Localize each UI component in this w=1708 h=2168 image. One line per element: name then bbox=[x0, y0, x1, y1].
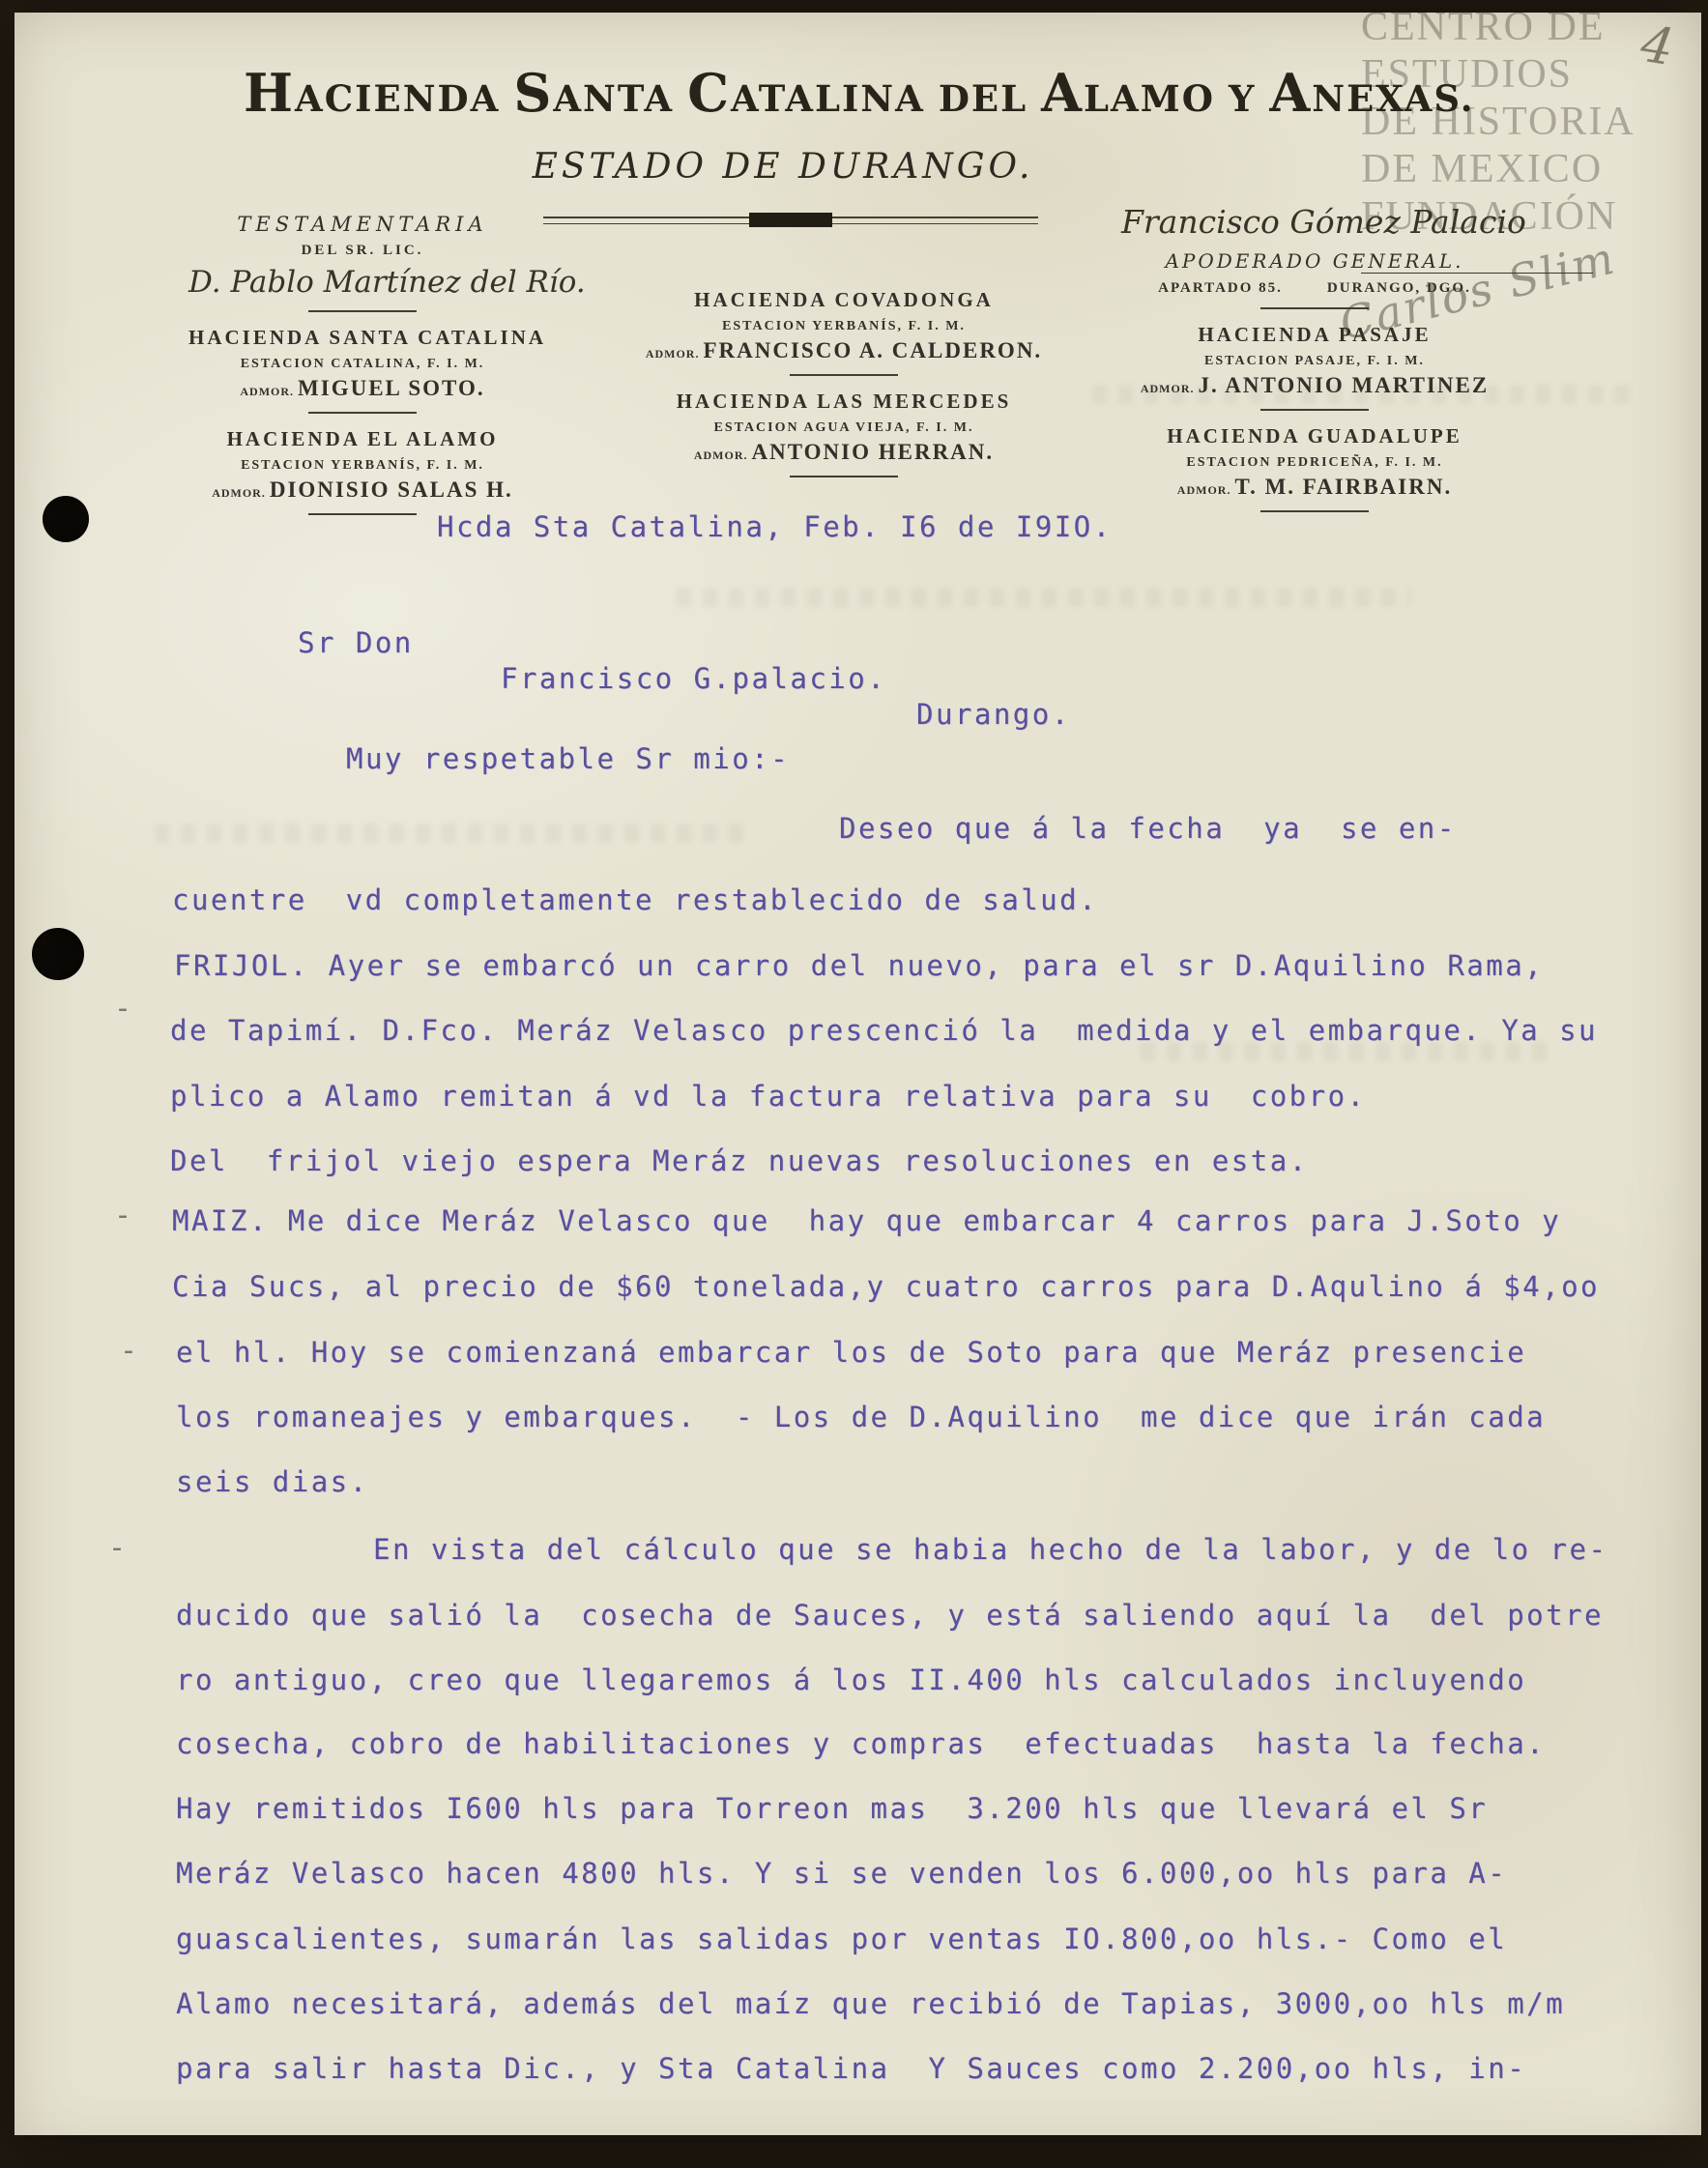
margin-mark: - bbox=[114, 1199, 131, 1232]
typed-line: cuentre vd completamente restablecido de… bbox=[172, 883, 1098, 916]
typed-line: Alamo necesitará, además del maíz que re… bbox=[176, 1987, 1565, 2020]
admor-name: DIONISIO SALAS H. bbox=[270, 477, 513, 502]
admor-label: ADMOR. bbox=[240, 385, 294, 398]
hacienda-admor: ADMOR. DIONISIO SALAS H. bbox=[188, 477, 536, 503]
title-word: Y bbox=[1229, 77, 1256, 120]
salutation: Muy respetable Sr mio:- bbox=[346, 742, 790, 775]
admor-name: ANTONIO HERRAN. bbox=[752, 440, 995, 464]
typed-line: Hay remitidos I600 hls para Torreon mas … bbox=[176, 1792, 1488, 1825]
margin-mark: - bbox=[120, 1334, 137, 1368]
ink-bleed-smudge bbox=[155, 824, 754, 843]
typed-line: para salir hasta Dic., y Sta Catalina Y … bbox=[176, 2052, 1526, 2085]
admor-name: T. M. FAIRBAIRN. bbox=[1234, 475, 1452, 499]
hacienda-station: ESTACION AGUA VIEJA, F. I. M. bbox=[626, 420, 1061, 436]
typed-line: plico a Alamo remitan á vd la factura re… bbox=[170, 1080, 1367, 1113]
hacienda-admor: ADMOR. MIGUEL SOTO. bbox=[188, 376, 536, 401]
hacienda-block-las-mercedes: HACIENDA LAS MERCEDES ESTACION AGUA VIEJ… bbox=[626, 390, 1061, 477]
typed-line: FRIJOL. Ayer se embarcó un carro del nue… bbox=[174, 949, 1544, 982]
divider-rule bbox=[308, 310, 417, 312]
admor-name: MIGUEL SOTO. bbox=[298, 376, 485, 400]
punch-hole bbox=[43, 496, 89, 542]
hacienda-admor: ADMOR. J. ANTONIO MARTINEZ bbox=[1121, 373, 1508, 398]
typed-line: guascalientes, sumarán las salidas por v… bbox=[176, 1922, 1507, 1955]
recipient-name: Francisco G.palacio. bbox=[501, 662, 886, 695]
title-word: HACIENDA bbox=[244, 62, 500, 124]
hacienda-block-santa-catalina: HACIENDA SANTA CATALINA ESTACION CATALIN… bbox=[188, 326, 536, 414]
typed-line: Deseo que á la fecha ya se en- bbox=[839, 812, 1457, 845]
hacienda-block-covadonga: HACIENDA COVADONGA ESTACION YERBANÍS, F.… bbox=[626, 288, 1061, 376]
letterhead-title: HACIENDASANTACATALINADELALAMOYANEXAS. bbox=[237, 62, 1261, 124]
scan-edge-left bbox=[0, 0, 14, 2168]
typed-line: el hl. Hoy se comienzaná embarcar los de… bbox=[176, 1336, 1526, 1369]
divider-rule bbox=[790, 374, 898, 376]
typed-line: de Tapimí. D.Fco. Meráz Velasco prescenc… bbox=[170, 1014, 1598, 1047]
hacienda-name: HACIENDA SANTA CATALINA bbox=[188, 326, 536, 350]
margin-mark: - bbox=[108, 1531, 126, 1565]
hacienda-block-pasaje: HACIENDA PASAJE ESTACION PASAJE, F. I. M… bbox=[1121, 323, 1508, 411]
ink-bleed-smudge bbox=[677, 588, 1411, 607]
admor-name: FRANCISCO A. CALDERON. bbox=[703, 338, 1042, 362]
hacienda-block-el-alamo: HACIENDA EL ALAMO ESTACION YERBANÍS, F. … bbox=[188, 427, 536, 515]
divider-bar bbox=[749, 213, 832, 227]
testamentaria-heading: TESTAMENTARIA bbox=[188, 213, 536, 236]
dateline: Hcda Sta Catalina, Feb. I6 de I9IO. bbox=[437, 510, 1113, 543]
typed-line: MAIZ. Me dice Meráz Velasco que hay que … bbox=[172, 1204, 1561, 1237]
admor-name: J. ANTONIO MARTINEZ bbox=[1199, 373, 1490, 397]
scan-edge-right bbox=[1701, 0, 1708, 2168]
testamentaria-subheading: DEL SR. LIC. bbox=[188, 243, 536, 259]
margin-mark: - bbox=[114, 992, 131, 1026]
hacienda-station: ESTACION YERBANÍS, F. I. M. bbox=[188, 458, 536, 474]
typed-line: cosecha, cobro de habilitaciones y compr… bbox=[176, 1727, 1546, 1760]
typed-line: los romaneajes y embarques. - Los de D.A… bbox=[176, 1401, 1546, 1433]
hacienda-name: HACIENDA COVADONGA bbox=[626, 288, 1061, 312]
hacienda-name: HACIENDA LAS MERCEDES bbox=[626, 390, 1061, 414]
agent-role-text: APODERADO GENERAL. bbox=[1165, 249, 1463, 273]
letterhead-middle-column: HACIENDA COVADONGA ESTACION YERBANÍS, F.… bbox=[626, 288, 1061, 477]
title-word: ALAMO bbox=[1041, 62, 1215, 124]
hacienda-station: ESTACION PEDRICEÑA, F. I. M. bbox=[1121, 455, 1508, 471]
typed-line: seis dias. bbox=[176, 1465, 369, 1498]
scanned-letter-page: CENTRO DE ESTUDIOS DE HISTORIA DE MEXICO… bbox=[0, 0, 1708, 2168]
hacienda-admor: ADMOR. FRANCISCO A. CALDERON. bbox=[626, 338, 1061, 363]
hacienda-name: HACIENDA GUADALUPE bbox=[1121, 424, 1508, 448]
divider-rule bbox=[308, 412, 417, 414]
agent-role: APODERADO GENERAL. bbox=[1121, 249, 1508, 273]
title-word: CATALINA bbox=[687, 62, 925, 124]
hacienda-name: HACIENDA EL ALAMO bbox=[188, 427, 536, 451]
agent-name: Francisco Gómez Palacio bbox=[1121, 203, 1508, 241]
typed-line: Del frijol viejo espera Meráz nuevas res… bbox=[170, 1144, 1309, 1177]
admor-label: ADMOR. bbox=[1177, 483, 1231, 497]
title-word: ANEXAS. bbox=[1269, 62, 1474, 124]
ornamental-divider bbox=[543, 217, 1038, 224]
admor-label: ADMOR. bbox=[1141, 382, 1195, 395]
agent-apartado: APARTADO 85. bbox=[1158, 280, 1283, 297]
hacienda-admor: ADMOR. ANTONIO HERRAN. bbox=[626, 440, 1061, 465]
divider-rule bbox=[1260, 510, 1369, 512]
agent-city: DURANGO, DGO. bbox=[1327, 280, 1471, 297]
typed-line: ro antiguo, creo que llegaremos á los II… bbox=[176, 1663, 1526, 1696]
typed-line: En vista del cálculo que se habia hecho … bbox=[373, 1533, 1607, 1566]
title-word: DEL bbox=[939, 77, 1028, 120]
admor-label: ADMOR. bbox=[694, 448, 748, 462]
divider-rule bbox=[1260, 307, 1369, 309]
letterhead-left-column: TESTAMENTARIA DEL SR. LIC. D. Pablo Mart… bbox=[188, 213, 536, 515]
testamentaria-name: D. Pablo Martínez del Río. bbox=[188, 265, 536, 300]
typed-line: Cia Sucs, al precio de $60 tonelada,y cu… bbox=[172, 1270, 1600, 1303]
scan-edge-top bbox=[0, 0, 1708, 13]
hacienda-name: HACIENDA PASAJE bbox=[1121, 323, 1508, 347]
hacienda-station: ESTACION PASAJE, F. I. M. bbox=[1121, 354, 1508, 369]
recipient-city: Durango. bbox=[916, 698, 1071, 731]
divider-rule bbox=[308, 513, 417, 515]
letterhead-subtitle: ESTADO DE DURANGO. bbox=[454, 147, 1112, 187]
recipient-title: Sr Don bbox=[298, 626, 414, 659]
underline-rule bbox=[1361, 273, 1593, 274]
typed-line: ducido que salió la cosecha de Sauces, y… bbox=[176, 1599, 1604, 1632]
divider-rule bbox=[790, 476, 898, 477]
punch-hole bbox=[32, 928, 84, 980]
typed-line: Meráz Velasco hacen 4800 hls. Y si se ve… bbox=[176, 1857, 1507, 1890]
agent-address: APARTADO 85. DURANGO, DGO. bbox=[1121, 280, 1508, 297]
hacienda-station: ESTACION CATALINA, F. I. M. bbox=[188, 357, 536, 372]
admor-label: ADMOR. bbox=[212, 486, 266, 500]
hacienda-admor: ADMOR. T. M. FAIRBAIRN. bbox=[1121, 475, 1508, 500]
divider-rule bbox=[1260, 409, 1369, 411]
hacienda-station: ESTACION YERBANÍS, F. I. M. bbox=[626, 319, 1061, 334]
hacienda-block-guadalupe: HACIENDA GUADALUPE ESTACION PEDRICEÑA, F… bbox=[1121, 424, 1508, 512]
scan-edge-bottom bbox=[0, 2135, 1708, 2168]
watermark-line: DE MEXICO bbox=[1361, 146, 1708, 193]
letterhead-right-column: Francisco Gómez Palacio APODERADO GENERA… bbox=[1121, 203, 1508, 512]
admor-label: ADMOR. bbox=[646, 347, 700, 361]
title-word: SANTA bbox=[513, 62, 674, 124]
